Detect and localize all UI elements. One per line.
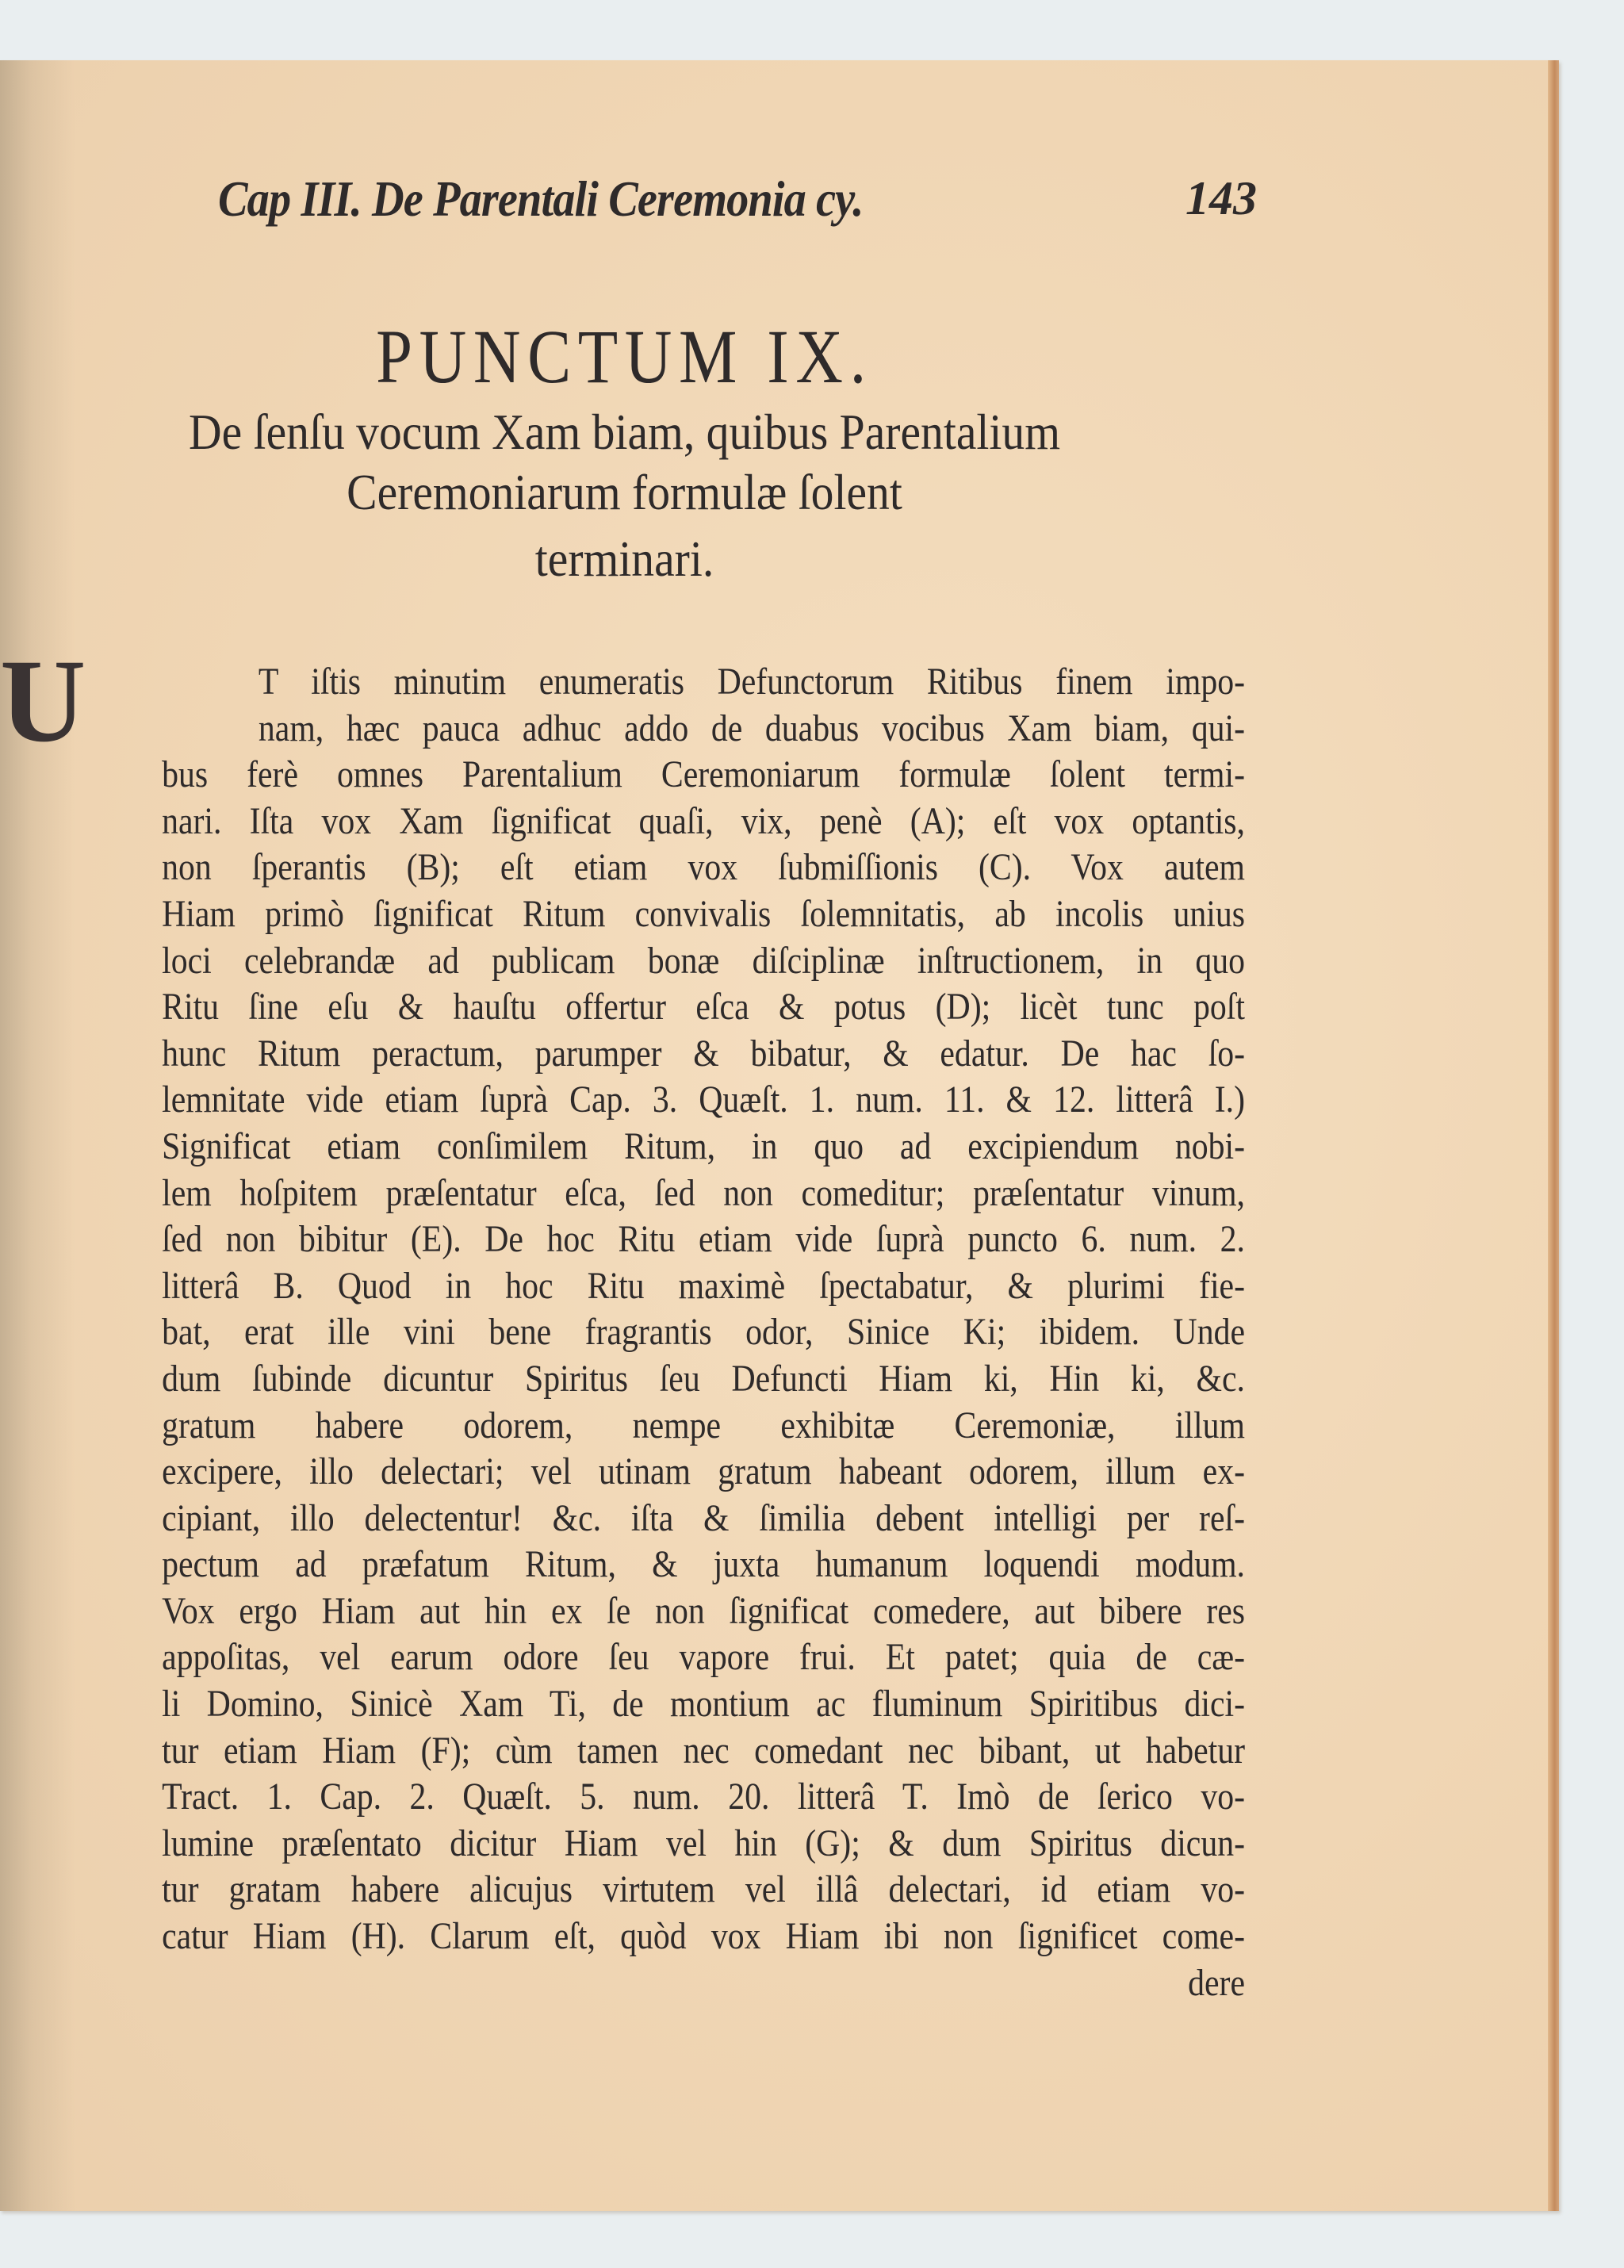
body-text: T iſtis minutim enumeratis Defunctorum R… [0, 659, 1245, 2006]
subtitle-line-3: terminari. [63, 530, 1187, 588]
body-line: bat, erat ille vini bene fragrantis odor… [162, 1309, 1245, 1356]
body-line: dum ſubinde dicuntur Spiritus ſeu Defunc… [162, 1356, 1245, 1403]
body-line: Vox ergo Hiam aut hin ex ſe non ſignific… [162, 1588, 1245, 1635]
body-line: non ſperantis (B); eſt etiam vox ſubmiſſ… [162, 845, 1245, 891]
body-line: loci celebrandæ ad publicam bonæ diſcipl… [162, 938, 1245, 985]
body-line: hunc Ritum peractum, parumper & bibatur,… [162, 1031, 1245, 1078]
body-line: tur etiam Hiam (F); cùm tamen nec comeda… [162, 1728, 1245, 1775]
body-line: Hiam primò ſignificat Ritum convivalis ſ… [162, 891, 1245, 938]
body-line: lumine præſentato dicitur Hiam vel hin (… [162, 1821, 1245, 1868]
body-line: litterâ B. Quod in hoc Ritu maximè ſpect… [162, 1263, 1245, 1310]
section-heading: PUNCTUM IX. [87, 312, 1162, 400]
page-edge [1548, 60, 1559, 2211]
book-page: Cap III. De Parentali Ceremonia cy. 143 … [0, 60, 1559, 2211]
body-line: Significat etiam conſimilem Ritum, in qu… [162, 1124, 1245, 1170]
subtitle-line-2: Ceremoniarum formulæ ſolent [63, 463, 1187, 522]
body-line: Ritu ſine eſu & hauſtu offertur eſca & p… [162, 984, 1245, 1031]
body-line: ſed non bibitur (E). De hoc Ritu etiam v… [162, 1216, 1245, 1263]
body-line: Tract. 1. Cap. 2. Quæſt. 5. num. 20. lit… [162, 1774, 1245, 1821]
page-number: 143 [1185, 171, 1257, 226]
body-line: lem hoſpitem præſentatur eſca, ſed non c… [162, 1170, 1245, 1217]
body-line: pectum ad præfatum Ritum, & juxta humanu… [162, 1542, 1245, 1588]
subtitle-line-1: De ſenſu vocum Xam biam, quibus Parental… [63, 403, 1187, 462]
body-line: lemnitate vide etiam ſuprà Cap. 3. Quæſt… [162, 1077, 1245, 1124]
body-line: excipere, illo delectari; vel utinam gra… [162, 1449, 1245, 1496]
body-line: nari. Iſta vox Xam ſignificat quaſi, vix… [162, 799, 1245, 845]
catchword: dere [162, 1960, 1245, 2007]
body-line: gratum habere odorem, nempe exhibitæ Cer… [162, 1403, 1245, 1450]
running-head: Cap III. De Parentali Ceremonia cy. 143 [218, 170, 1257, 233]
body-line: li Domino, Sinicè Xam Ti, de montium ac … [162, 1681, 1245, 1728]
body-line: nam, hæc pauca adhuc addo de duabus voci… [162, 706, 1245, 753]
running-head-title: Cap III. De Parentali Ceremonia cy. [218, 170, 863, 228]
body-line: bus ferè omnes Parentalium Ceremoniarum … [162, 752, 1245, 799]
body-line: catur Hiam (H). Clarum eſt, quòd vox Hia… [162, 1914, 1245, 1960]
body-line: appoſitas, vel earum odore ſeu vapore fr… [162, 1634, 1245, 1681]
body-line: T iſtis minutim enumeratis Defunctorum R… [162, 659, 1245, 706]
body-line: tur gratam habere alicujus virtutem vel … [162, 1867, 1245, 1914]
body-line: cipiant, illo delectentur! &c. iſta & ſi… [162, 1496, 1245, 1542]
